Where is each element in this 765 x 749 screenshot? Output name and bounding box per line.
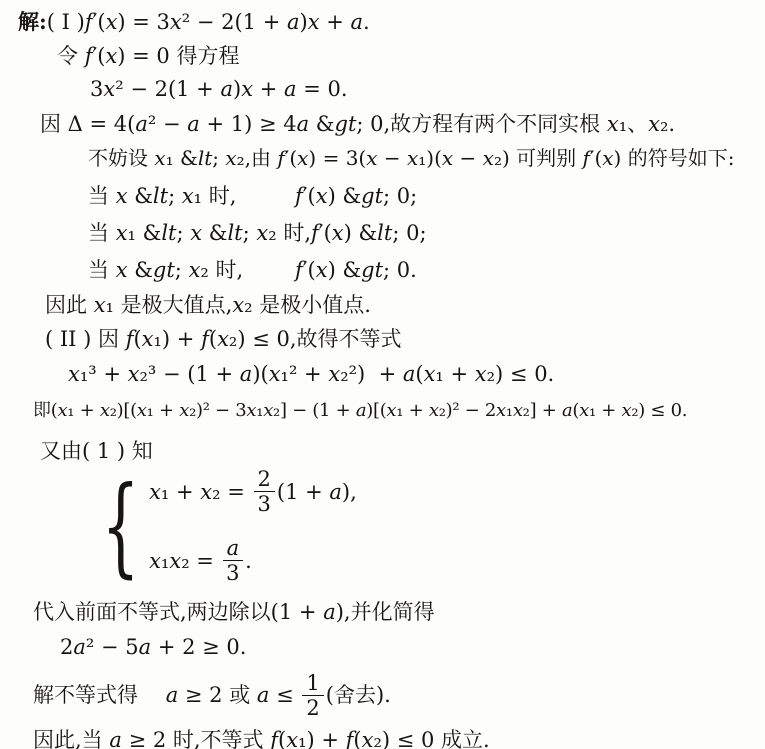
- assume-roots-line: 不妨设 x₁ &lt; x₂,由 f′(x) = 3(x − x₁)(x − x…: [88, 146, 734, 171]
- solve-inequality-line: 解不等式得 a ≥ 2 或 a ≤ 12 (舍去).: [33, 672, 391, 719]
- fraction-numerator: a: [223, 537, 244, 561]
- vieta-equation-system: { x₁ + x₂ = 23 (1 + a), x₁x₂ = a3 .: [90, 468, 357, 584]
- solution-line-1: 解:( I )f′(x) = 3x² − 2(1 + a)x + a.: [18, 9, 370, 35]
- discriminant-line: 因 Δ = 4(a² − a + 1) ≥ 4a &gt; 0,故方程有两个不同…: [40, 111, 675, 137]
- case-condition: 当 x &lt; x₁ 时,: [88, 183, 295, 209]
- case-result: f′(x) &gt; 0.: [295, 258, 417, 282]
- sign-case-row-3: 当 x &gt; x₂ 时,f′(x) &gt; 0.: [88, 257, 417, 283]
- left-brace: {: [102, 472, 140, 580]
- fraction-denominator: 3: [258, 492, 271, 515]
- cubic-inequality: x₁³ + x₂³ − (1 + a)(x₁² + x₂²) + a(x₁ + …: [68, 361, 554, 387]
- simplified-inequality: 2a² − 5a + 2 ≥ 0.: [60, 634, 246, 660]
- quadratic-equation: 3x² − 2(1 + a)x + a = 0.: [90, 76, 348, 102]
- product-of-roots-equation: x₁x₂ = a3 .: [149, 537, 357, 584]
- part2-head: ( II ) 因 f(x₁) + f(x₂) ≤ 0,故得不等式: [45, 326, 402, 352]
- sign-case-row-1: 当 x &lt; x₁ 时,f′(x) &gt; 0;: [88, 183, 417, 209]
- let-equation-line: 令 f′(x) = 0 得方程: [57, 43, 239, 69]
- by-part1-line: 又由( 1 ) 知: [40, 438, 153, 464]
- document-page: 解:( I )f′(x) = 3x² − 2(1 + a)x + a. 令 f′…: [0, 0, 765, 749]
- fraction-a-thirds: a3: [223, 537, 244, 584]
- fraction-one-half: 12: [302, 672, 323, 719]
- system-rows: x₁ + x₂ = 23 (1 + a), x₁x₂ = a3 .: [149, 468, 357, 584]
- solve-result: 解不等式得 a ≥ 2 或 a ≤: [33, 682, 300, 708]
- fraction-denominator: 2: [306, 696, 319, 719]
- final-conclusion-line: 因此,当 a ≥ 2 时,不等式 f(x₁) + f(x₂) ≤ 0 成立.: [33, 727, 490, 749]
- case-condition: 当 x &gt; x₂ 时,: [88, 257, 295, 283]
- fraction-numerator: 2: [254, 468, 275, 492]
- fraction-two-thirds: 23: [254, 468, 275, 515]
- case-result: f′(x) &lt; 0;: [311, 221, 427, 245]
- eq-tail: (1 + a),: [277, 480, 357, 504]
- solution-label: 解:: [18, 9, 47, 34]
- extrema-conclusion: 因此 x₁ 是极大值点,x₂ 是极小值点.: [45, 292, 371, 318]
- eq-lhs: x₁ + x₂ =: [149, 480, 251, 504]
- substitute-line: 代入前面不等式,两边除以(1 + a),并化简得: [33, 599, 435, 625]
- eq-tail: .: [245, 549, 252, 573]
- fraction-denominator: 3: [226, 561, 239, 584]
- discard-note: (舍去).: [326, 682, 391, 708]
- sum-of-roots-equation: x₁ + x₂ = 23 (1 + a),: [149, 468, 357, 515]
- fraction-numerator: 1: [302, 672, 323, 696]
- case-condition: 当 x₁ &lt; x &lt; x₂ 时,: [88, 220, 311, 246]
- part1-derivative: ( I )f′(x) = 3x² − 2(1 + a)x + a.: [47, 10, 370, 34]
- expanded-inequality: 即(x₁ + x₂)[(x₁ + x₂)² − 3x₁x₂] − (1 + a)…: [33, 400, 687, 423]
- sign-case-row-2: 当 x₁ &lt; x &lt; x₂ 时,f′(x) &lt; 0;: [88, 220, 427, 246]
- eq-lhs: x₁x₂ =: [149, 549, 220, 573]
- case-result: f′(x) &gt; 0;: [295, 184, 417, 208]
